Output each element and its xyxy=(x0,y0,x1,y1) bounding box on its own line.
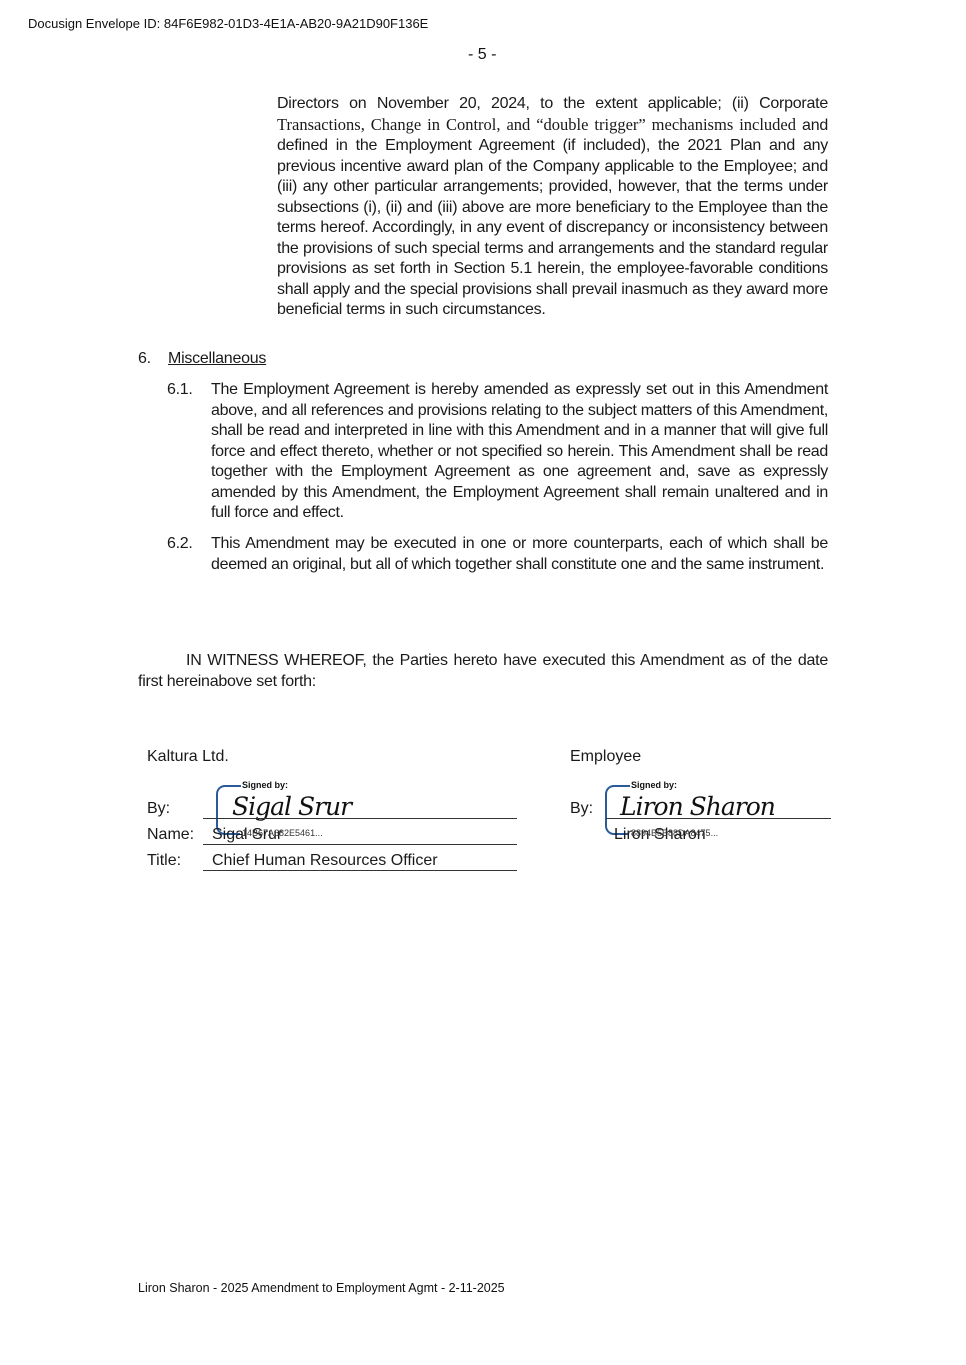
continuation-paragraph: Directors on November 20, 2024, to the e… xyxy=(277,94,828,321)
section-number: 6. xyxy=(138,350,168,368)
employee-signature: Liron Sharon xyxy=(620,792,775,821)
continuation-line-1: Directors on November 20, 2024, to the e… xyxy=(277,95,828,112)
company-signature: Sigal Srur xyxy=(232,792,351,821)
employee-party-name: Employee xyxy=(570,748,641,766)
company-by-label: By: xyxy=(147,800,170,818)
continuation-rest: and defined in the Employment Agreement … xyxy=(277,117,828,319)
subsection-6-1: 6.1. The Employment Agreement is hereby … xyxy=(167,380,828,524)
employee-signed-by-label: Signed by: xyxy=(631,780,677,790)
employee-signature-id: 8894B5B88DA8475... xyxy=(631,828,718,838)
company-by-line xyxy=(203,818,517,819)
company-title-value: Chief Human Resources Officer xyxy=(212,852,438,870)
subsection-6-2: 6.2. This Amendment may be executed in o… xyxy=(167,534,828,575)
company-title-line xyxy=(203,870,517,871)
employee-by-label: By: xyxy=(570,800,593,818)
subsection-text: This Amendment may be executed in one or… xyxy=(211,534,828,575)
subsection-number: 6.1. xyxy=(167,380,193,401)
employee-signed-by-bracket-line xyxy=(620,785,630,787)
subsection-number: 6.2. xyxy=(167,534,193,555)
company-party-name: Kaltura Ltd. xyxy=(147,748,229,766)
company-signature-id: 14B67A682E5461... xyxy=(242,828,323,838)
company-title-label: Title: xyxy=(147,852,181,870)
section-heading: 6.Miscellaneous xyxy=(138,350,266,368)
continuation-line-2: Transactions, Change in Control, and “do… xyxy=(277,115,796,134)
company-name-line xyxy=(203,844,517,845)
page-number: - 5 - xyxy=(468,46,496,64)
witness-clause: IN WITNESS WHEREOF, the Parties hereto h… xyxy=(138,651,828,692)
employee-by-line xyxy=(606,818,831,819)
section-title: Miscellaneous xyxy=(168,350,266,367)
page-footer: Liron Sharon - 2025 Amendment to Employm… xyxy=(138,1281,505,1295)
company-signed-by-label: Signed by: xyxy=(242,780,288,790)
subsection-text: The Employment Agreement is hereby amend… xyxy=(211,380,828,524)
company-signed-by-bracket-line xyxy=(231,785,241,787)
envelope-id: Docusign Envelope ID: 84F6E982-01D3-4E1A… xyxy=(28,16,428,31)
company-name-label: Name: xyxy=(147,826,194,844)
